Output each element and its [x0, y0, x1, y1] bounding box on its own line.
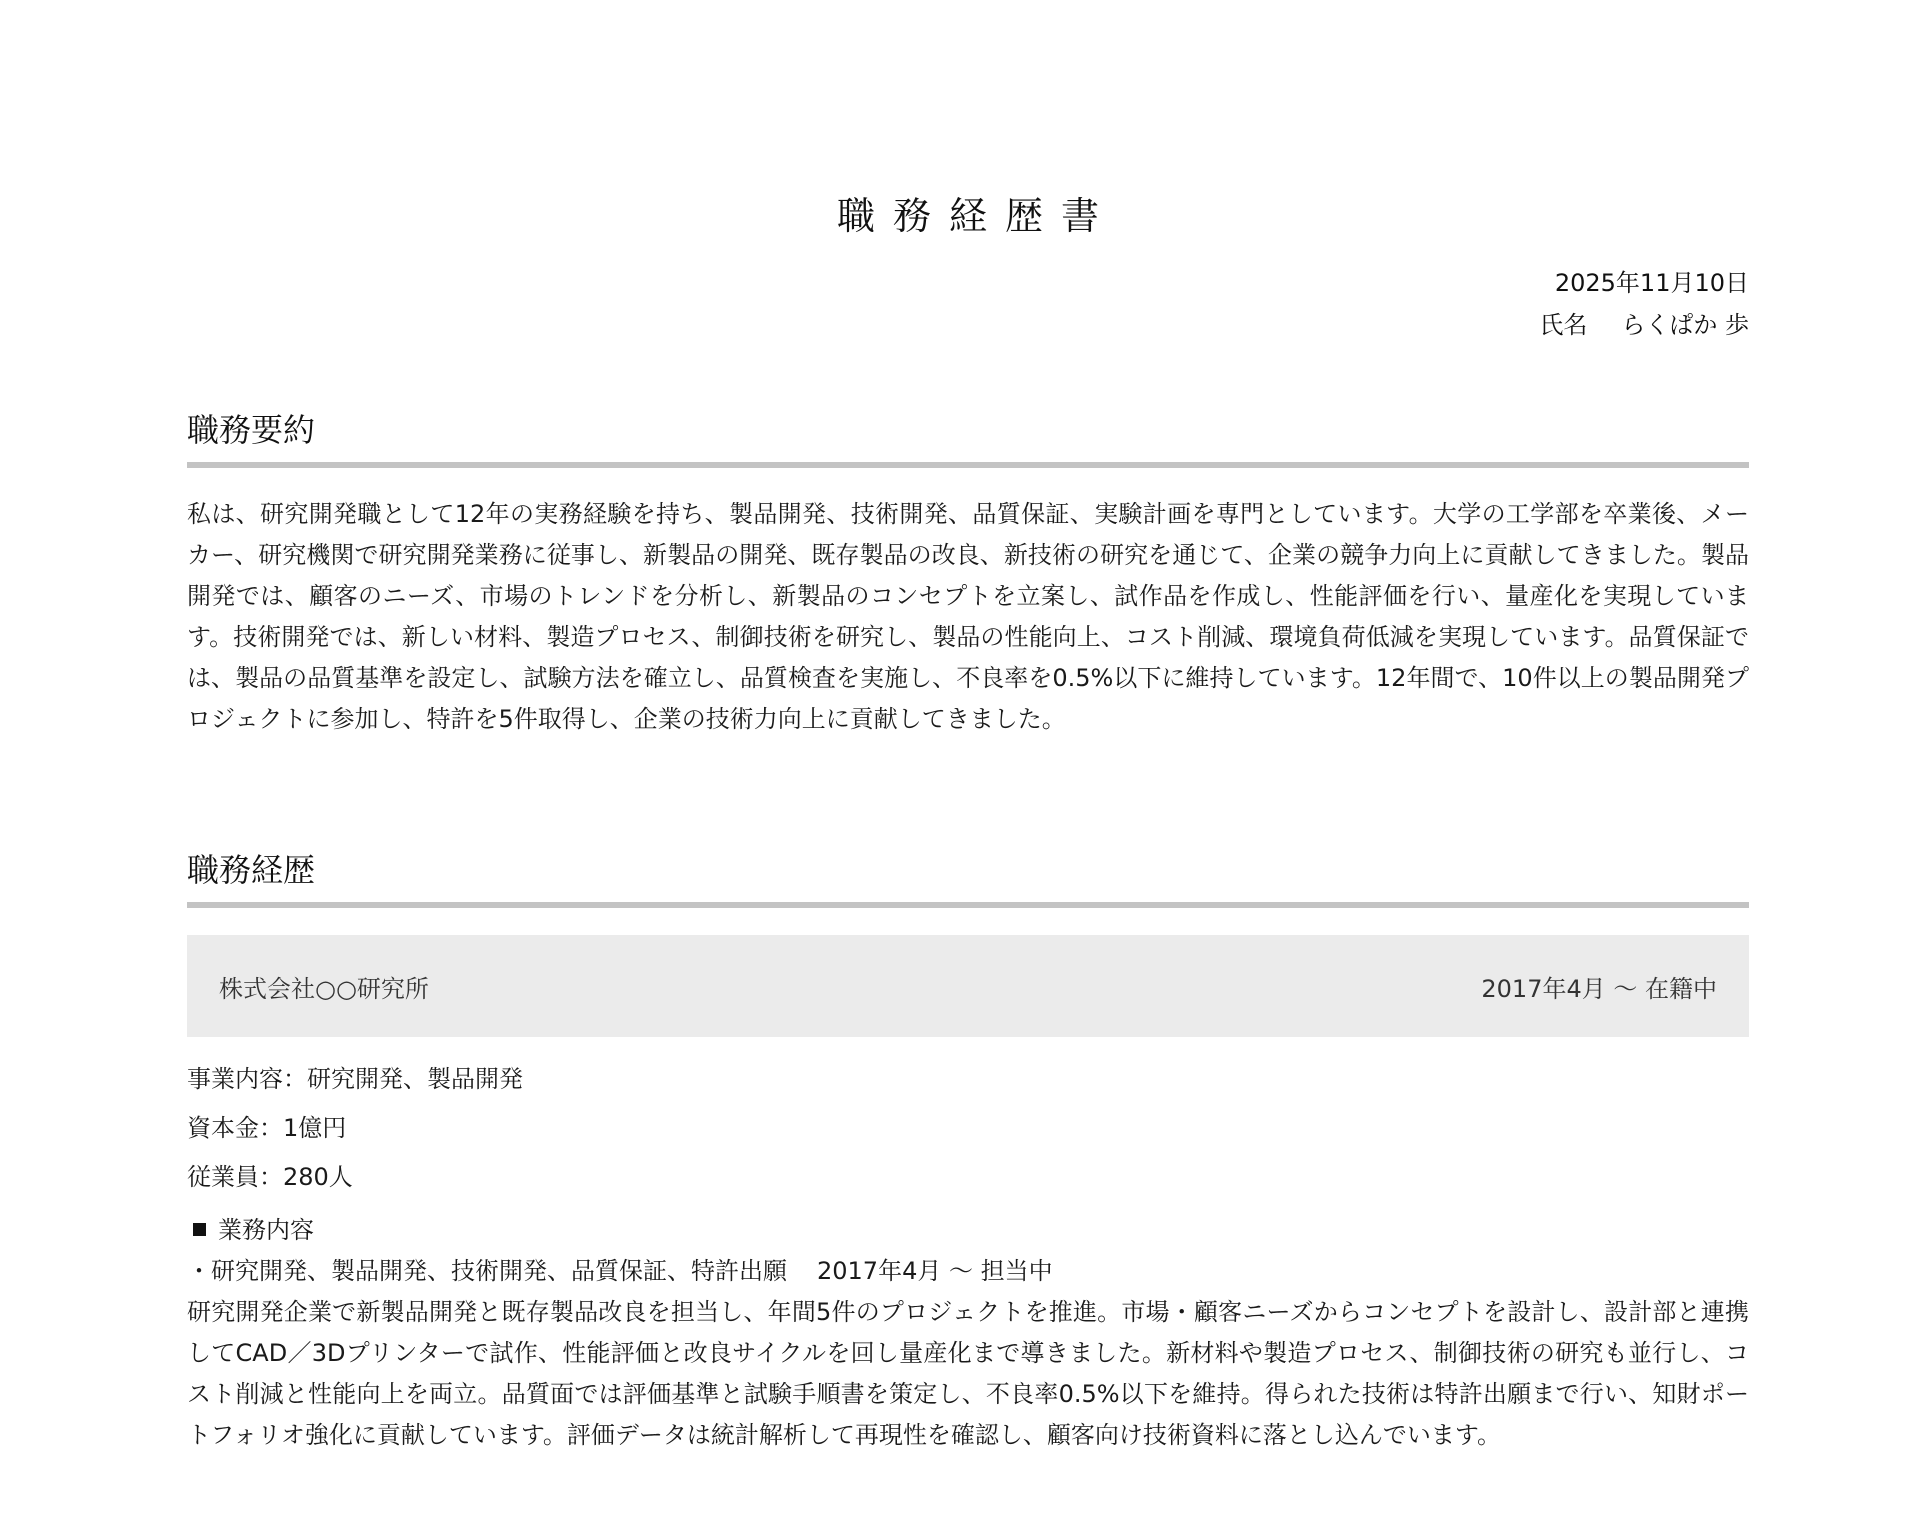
name-value: らくぱか 歩 [1621, 311, 1749, 339]
duties-block: 業務内容 ・研究開発、製品開発、技術開発、品質保証、特許出願2017年4月 〜 … [187, 1210, 1749, 1456]
section-heading-history: 職務経歴 [187, 848, 1749, 908]
company-employees: 従業員：280人 [187, 1153, 523, 1202]
task-line: ・研究開発、製品開発、技術開発、品質保証、特許出願2017年4月 〜 担当中 [187, 1251, 1749, 1292]
document-date: 2025年11月10日 [1539, 262, 1749, 304]
company-name: 株式会社○○研究所 [219, 969, 429, 1004]
section-heading-summary: 職務要約 [187, 408, 1749, 468]
duties-heading-label: 業務内容 [218, 1216, 314, 1244]
document-title: 職務経歴書 [187, 192, 1749, 240]
company-header: 株式会社○○研究所 2017年4月 〜 在籍中 [187, 935, 1749, 1037]
name-row: 氏名らくぱか 歩 [1539, 304, 1749, 346]
name-label: 氏名 [1539, 311, 1587, 339]
company-capital: 資本金：1億円 [187, 1104, 523, 1153]
task-period: 2017年4月 〜 担当中 [817, 1257, 1053, 1285]
document-meta: 2025年11月10日 氏名らくぱか 歩 [1539, 262, 1749, 346]
company-period: 2017年4月 〜 在籍中 [1481, 969, 1717, 1004]
duties-heading: 業務内容 [187, 1210, 1749, 1251]
company-info: 事業内容：研究開発、製品開発 資本金：1億円 従業員：280人 [187, 1055, 523, 1202]
square-bullet-icon [193, 1223, 206, 1236]
task-description: 研究開発企業で新製品開発と既存製品改良を担当し、年間5件のプロジェクトを推進。市… [187, 1292, 1749, 1456]
company-business: 事業内容：研究開発、製品開発 [187, 1055, 523, 1104]
task-title: ・研究開発、製品開発、技術開発、品質保証、特許出願 [187, 1257, 787, 1285]
summary-body: 私は、研究開発職として12年の実務経験を持ち、製品開発、技術開発、品質保証、実験… [187, 494, 1749, 740]
